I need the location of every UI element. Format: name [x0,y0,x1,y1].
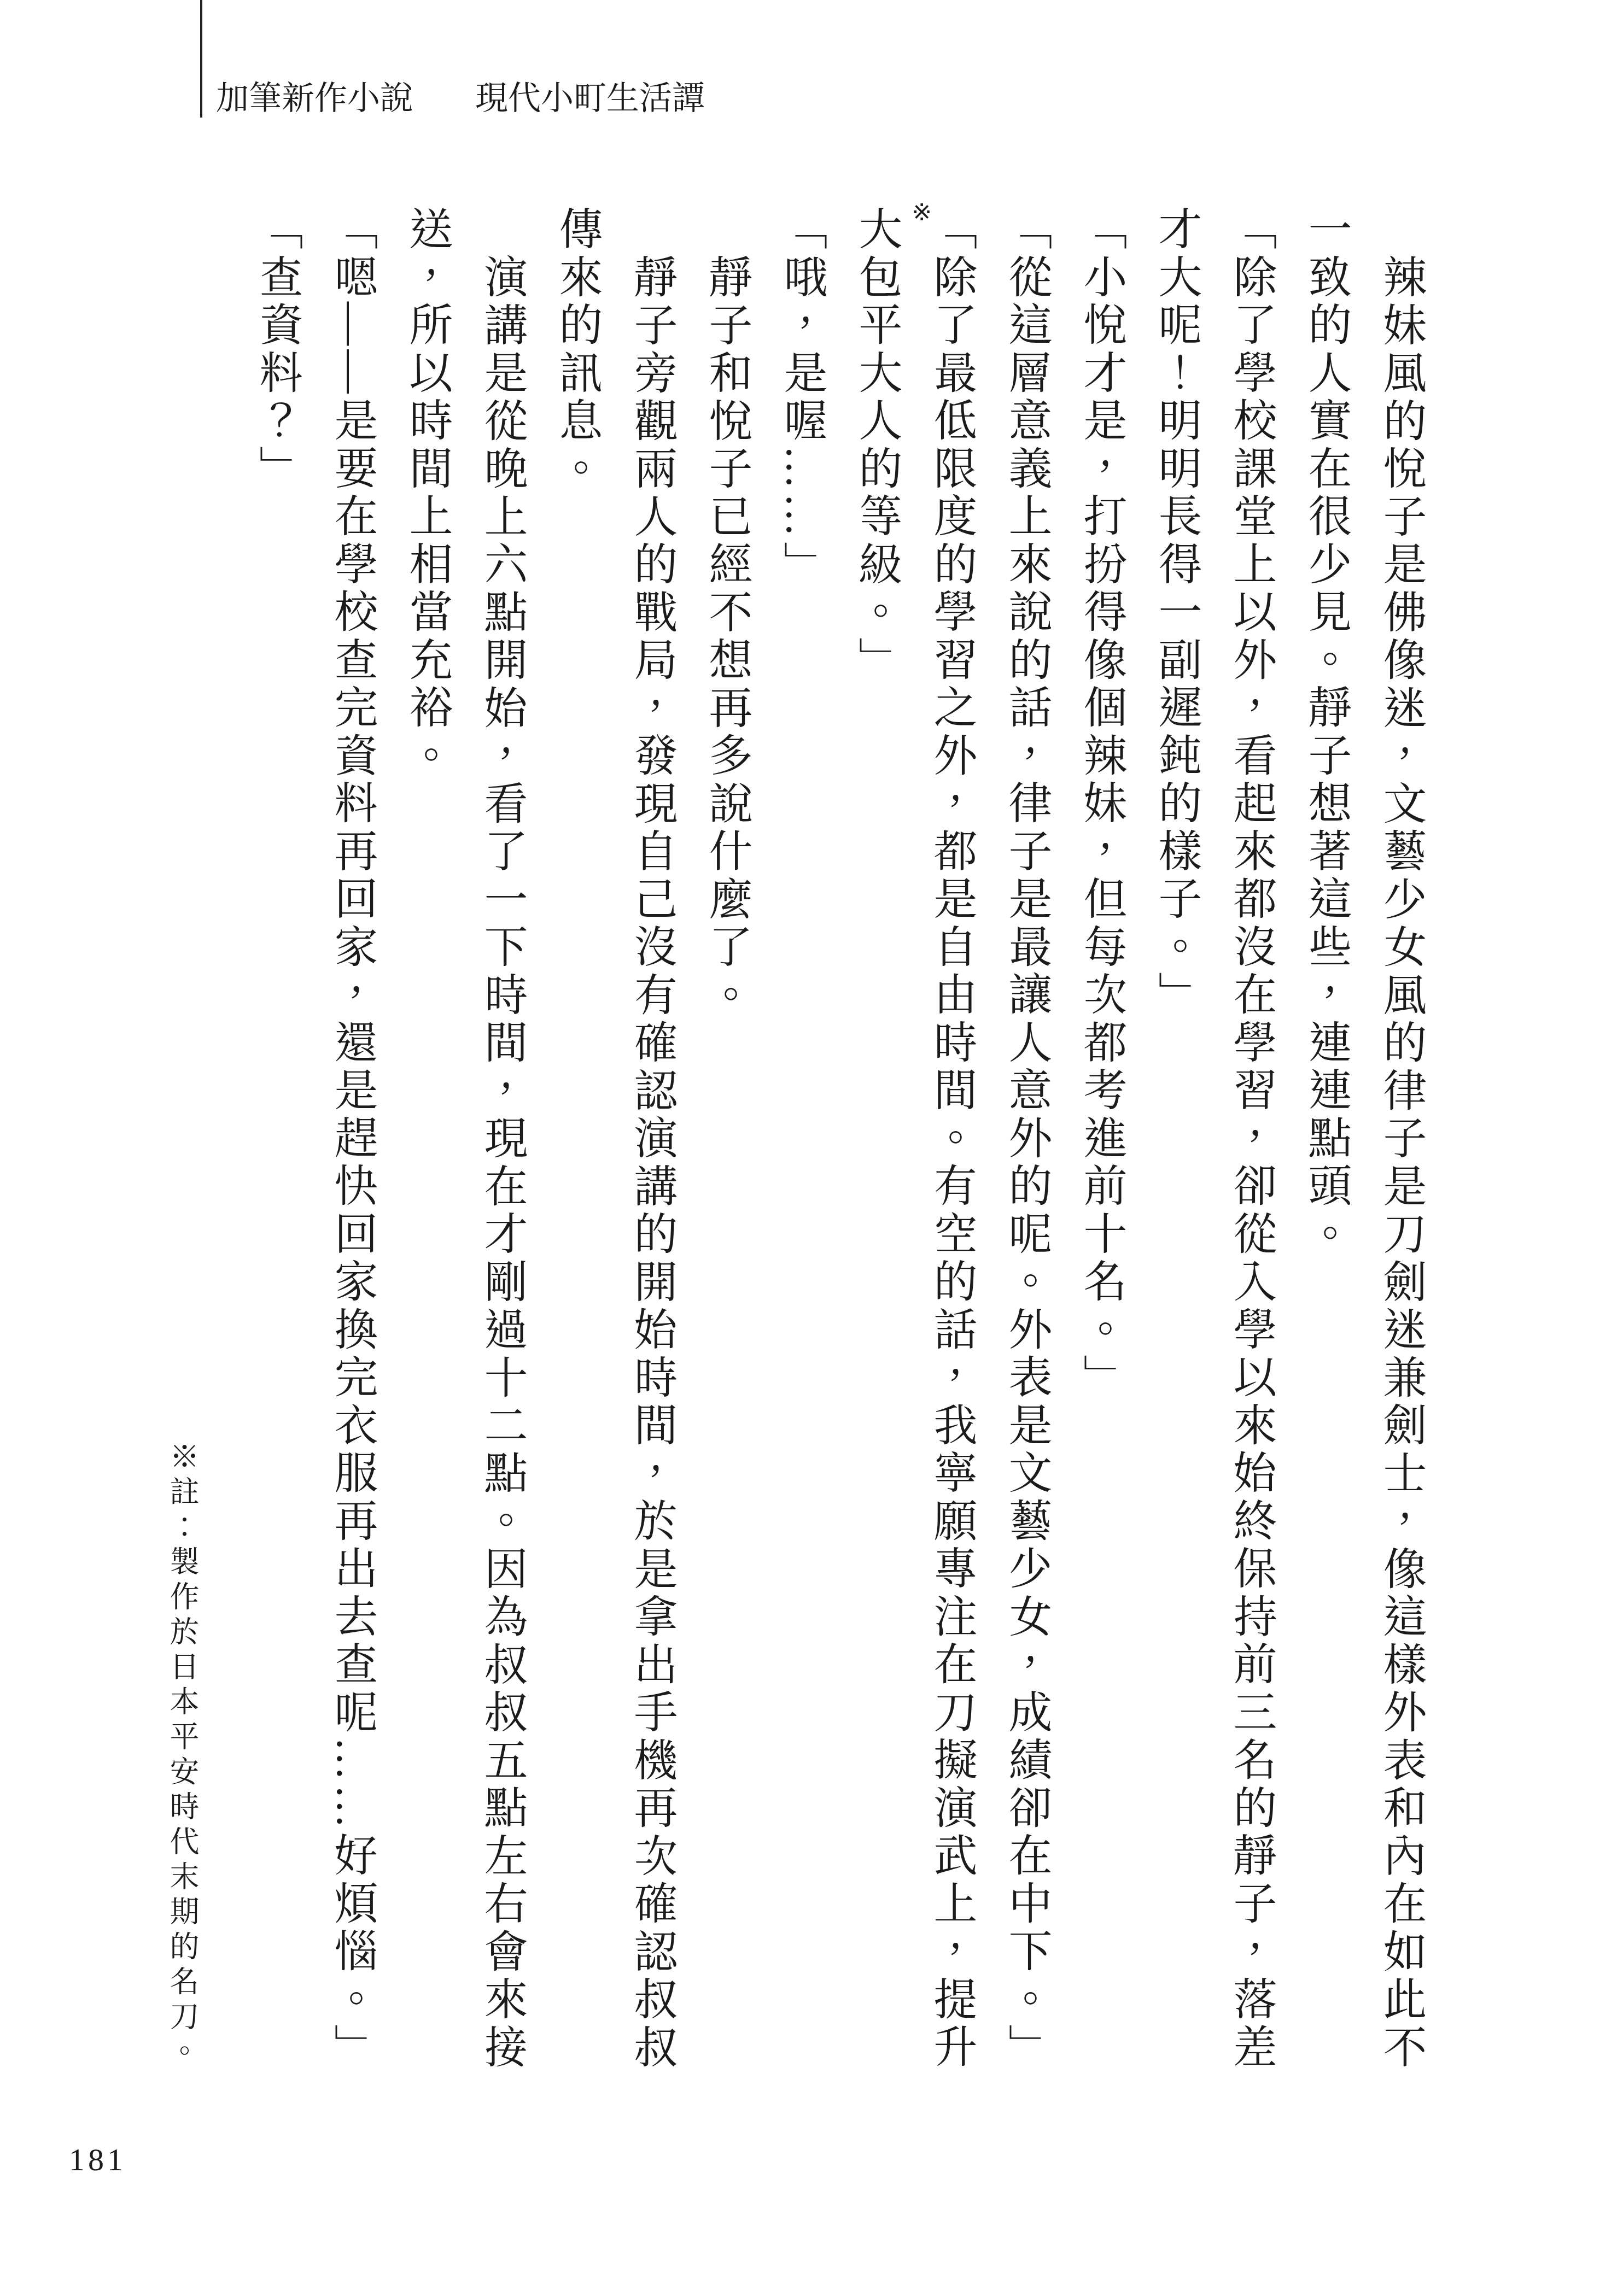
note-ref-marker: ※ [912,201,932,225]
text-column: 送，所以時間上相當充裕。 [399,206,454,780]
text-column: 「除了學校課堂上以外，看起來都沒在學習，卻從入學以來始終保持前三名的靜子，落差 [1223,206,1278,2072]
book-page: 加筆新作小說 現代小町生活譚 辣妹風的悅子是佛像迷，文藝少女風的律子是刀劍迷兼劍… [0,0,1623,2296]
text-column: 「哦，是喔……」 [774,206,828,589]
text-column: 「查資料？」 [249,206,304,493]
text-column: 靜子和悅子已經不想再多說什麼了。 [699,254,754,1020]
text-column: 一致的人實在很少見。靜子想著這些，連連點頭。 [1298,206,1353,1258]
text-column: 「除了最低限度的學習之外，都是自由時間。有空的話，我寧願專注在刀擬演武上，提升 [924,206,978,2072]
text-column: 大包平大人的等級。」※ [849,206,903,684]
text-column: 「嗯——是要在學校查完資料再回家，還是趕快回家換完衣服再出去查呢……好煩惱。」 [324,206,379,2072]
text-column: 演講是從晚上六點開始，看了一下時間，現在才剛過十二點。因為叔叔五點左右會來接 [474,254,529,2072]
body-text: 辣妹風的悅子是佛像迷，文藝少女風的律子是刀劍迷兼劍士，像這樣外表和內在如此不一致… [0,0,1623,2296]
page-number: 181 [69,2143,126,2177]
text-column: 「小悅才是，打扮得像個辣妹，但每次都考進前十名。」 [1073,206,1128,1402]
text-column: 傳來的訊息。 [549,206,604,493]
text-column: 靜子旁觀兩人的戰局，發現自己沒有確認演講的開始時間，於是拿出手機再次確認叔叔 [624,254,679,2072]
text-column: 才大呢！明明長得一副遲鈍的樣子。」 [1148,206,1203,1020]
footnote: ※註：製作於日本平安時代末期的名刀。 [164,1441,200,2071]
text-column: 辣妹風的悅子是佛像迷，文藝少女風的律子是刀劍迷兼劍士，像這樣外表和內在如此不 [1373,254,1428,2072]
text-column: 「從這層意義上來說的話，律子是最讓人意外的呢。外表是文藝少女，成績卻在中下。」 [999,206,1053,2072]
